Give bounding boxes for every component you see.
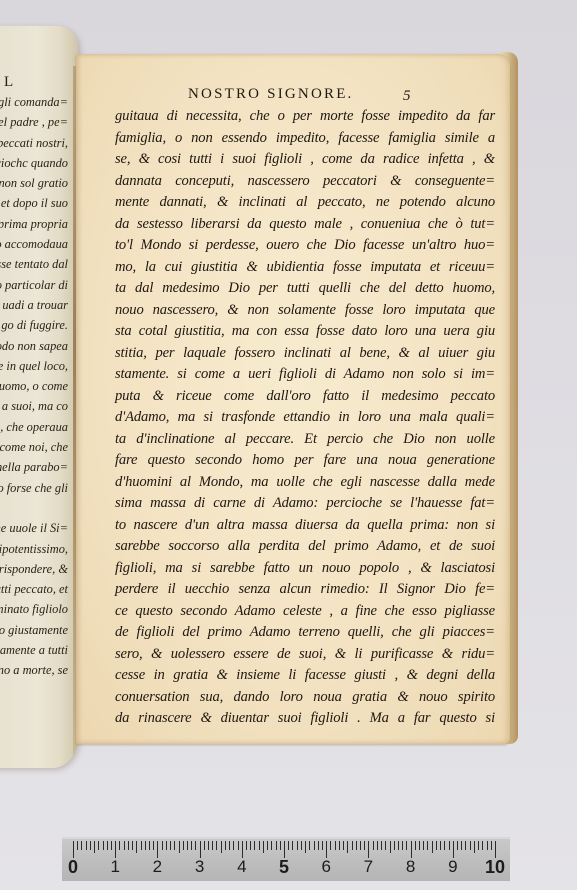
ruler-tick [98,841,99,850]
ruler-tick [141,841,142,850]
text-line: sima massa di carne di Adamo: percioche … [115,493,495,515]
ruler-tick [491,841,492,850]
ruler-tick [179,841,180,853]
ruler-tick [343,841,344,850]
ruler-tick [246,841,247,850]
left-text-line: prima propria [0,214,76,234]
text-line: conuersation sua, dando loro noua gratia… [115,687,495,709]
left-text-line: ano a morte, se [0,660,76,680]
ruler-label: 1 [110,857,119,877]
text-line: guitaua di necessita, che o per morte fo… [115,106,495,128]
ruler-tick [465,841,466,850]
text-line: dannata conceputi, nascessero peccatori … [115,171,495,193]
ruler-tick [432,841,433,853]
left-text-line: tutti peccato, et [0,579,76,599]
text-line: mo, la cui giustitia & ubidientia fosse … [115,257,495,279]
ruler-tick [254,841,255,850]
ruler-tick [474,841,475,853]
ruler-tick [119,841,120,850]
ruler-tick [411,841,412,858]
left-text-line: si nella parabo= [0,457,76,477]
ruler-tick [162,841,163,850]
ruler-tick [398,841,399,850]
running-head: NOSTRO SIGNORE. [188,86,354,103]
ruler-tick [415,841,416,850]
ruler-label: 10 [485,857,505,878]
ruler-tick [360,841,361,850]
text-line: d'huomini al Mondo, ma uolle che egli na… [115,472,495,494]
ruler-tick [487,841,488,850]
ruler-tick [238,841,239,850]
ruler-tick [267,841,268,850]
ruler-tick [276,841,277,850]
left-text-line: i rispondere, & [0,559,76,579]
ruler-tick [390,841,391,853]
text-line: mente dannati, & inclinati al peccato, n… [115,192,495,214]
ruler-label: 7 [364,857,373,877]
ruler-tick [280,841,281,850]
ruler-tick [233,841,234,850]
ruler-tick [166,841,167,850]
left-page: L re gli comanda=del padre , pe=peccati … [0,26,78,768]
text-line: fare questo secondo homo per fare una no… [115,450,495,472]
ruler-tick [284,841,285,858]
left-text-line: lo forse che gli [0,478,76,498]
ruler-tick [318,841,319,850]
left-text-line: del padre , pe= [0,112,76,132]
ruler-tick [271,841,272,850]
left-text-line: si et dopo il suo [0,193,76,213]
ruler-tick [457,841,458,850]
ruler-tick [90,841,91,850]
ruler-tick [229,841,230,850]
ruler-tick [221,841,222,853]
left-text-line: to giustamente [0,620,76,640]
text-line: to nascere d'un altra massa diuersa da q… [115,515,495,537]
left-text-line: e non sol gratio [0,173,76,193]
ruler-label: 3 [195,857,204,877]
ruler-tick [124,841,125,850]
ruler-tick [335,841,336,850]
left-text-line: minato figliolo [0,599,76,619]
ruler-tick [322,841,323,850]
ruler-tick [242,841,243,858]
left-text-line: re gli comanda= [0,92,76,112]
text-line: to'l Mondo si perdesse, ouero che Dio fa… [115,235,495,257]
ruler-tick [305,841,306,853]
ruler-tick [250,841,251,850]
ruler-tick [482,841,483,850]
ruler-tick [406,841,407,850]
ruler-tick [453,841,454,858]
ruler-tick [356,841,357,850]
ruler-tick [385,841,386,850]
ruler-tick [263,841,264,853]
ruler-tick [200,841,201,858]
ruler-label: 2 [153,857,162,877]
text-line: da rinascere & diuentar suoi figlioli . … [115,708,495,730]
ruler-tick [309,841,310,850]
ruler-tick [449,841,450,850]
ruler-tick [115,841,116,858]
ruler-tick [427,841,428,850]
ruler-tick [195,841,196,850]
left-text-line: re in quel loco, [0,356,76,376]
ruler-tick [128,841,129,850]
ruler-tick [423,841,424,850]
ruler-label: 8 [406,857,415,877]
left-text-line [0,498,76,518]
ruler-tick [132,841,133,850]
ruler-tick [191,841,192,850]
ruler-tick [339,841,340,850]
left-text-line: o particolar di [0,275,76,295]
ruler-tick [149,841,150,850]
right-page: NOSTRO SIGNORE. 5 guitaua di necessita, … [76,54,510,744]
ruler-tick [347,841,348,853]
ruler-tick [440,841,441,850]
ruler-tick [81,841,82,850]
ruler-tick [381,841,382,850]
ruler-tick [73,841,74,858]
text-line: stamente. si come a ueri figlioli di Ada… [115,364,495,386]
left-text-line: se come noi, che [0,437,76,457]
text-line: perdere il uecchio senza alcun rimedio: … [115,579,495,601]
left-text-line: tamente a tutti [0,640,76,660]
ruler-tick [170,841,171,850]
ruler-label: 9 [448,857,457,877]
left-text-line: one uuole il Si= [0,518,76,538]
ruler-tick [292,841,293,850]
scale-ruler: 012345678910 [62,837,510,881]
ruler-tick [402,841,403,850]
text-line: sarebbe soccorso alla perdita del primo … [115,536,495,558]
ruler-tick [461,841,462,850]
text-line: se, & cosi tutti i suoi figlioli , come … [115,149,495,171]
page-number: 5 [403,88,411,105]
right-page-text: guitaua di necessita, che o per morte fo… [115,106,495,730]
ruler-tick [183,841,184,850]
ruler-tick [145,841,146,850]
left-text-line: si uadi a trouar [0,295,76,315]
left-text-line: go di fuggire. [0,315,76,335]
ruler-tick [478,841,479,850]
left-text-line: peccati nostri, [0,133,76,153]
ruler-tick [111,841,112,850]
left-text-line: cciochc quando [0,153,76,173]
ruler-tick [419,841,420,850]
left-text-line: fosse tentato dal [0,254,76,274]
ruler-tick [225,841,226,850]
ruler-tick [368,841,369,858]
ruler-tick [107,841,108,850]
text-line: ta d'inclinatione al peccare. Et percio … [115,429,495,451]
ruler-tick [330,841,331,850]
text-line: da sestesso liberarsi da questo male , c… [115,214,495,236]
ruler-tick [259,841,260,850]
left-text-line: huomo, o come [0,376,76,396]
left-text-line: modo non sapea [0,336,76,356]
ruler-label: 0 [68,857,78,878]
text-line: ce questo secondo Adamo celeste , a fine… [115,601,495,623]
ruler-tick [94,841,95,853]
ruler-tick [77,841,78,850]
left-page-text: re gli comanda=del padre , pe=peccati no… [0,92,76,681]
text-line: famiglia, o non essendo impedito, facess… [115,128,495,150]
text-line: stitia, per laquale fossero inclinati al… [115,343,495,365]
ruler-tick [103,841,104,850]
ruler-tick [157,841,158,858]
ruler-tick [495,841,496,858]
text-line: cesse in gratia & insieme li facesse giu… [115,665,495,687]
ruler-tick [204,841,205,850]
ruler-label: 6 [321,857,330,877]
ruler-tick [187,841,188,850]
ruler-tick [208,841,209,850]
left-text-line: io a suoi, ma co [0,396,76,416]
left-text-line: nipotentissimo, [0,539,76,559]
text-line: puta & riceue come dall'oro fatto il med… [115,386,495,408]
text-line: nouo nascessero, & non solamente fosse l… [115,300,495,322]
ruler-tick [136,841,137,853]
text-line: de figlioli del primo Adamo terreno quel… [115,622,495,644]
ruler-tick [352,841,353,850]
text-line: figlioli, ma si sarebbe fatto un nouo po… [115,558,495,580]
ruler-tick [212,841,213,850]
left-text-line: o , che operaua [0,417,76,437]
ruler-tick [216,841,217,850]
ruler-tick [373,841,374,850]
ruler-label: 5 [279,857,289,878]
left-text-line: sso accomodaua [0,234,76,254]
text-line: sta cotal giustitia, ma con essa fosse d… [115,321,495,343]
text-line: d'Adamo, ma si trasfonde ettandio in lor… [115,407,495,429]
ruler-tick [288,841,289,850]
ruler-label: 4 [237,857,246,877]
ruler-tick [297,841,298,850]
ruler-tick [364,841,365,850]
book-scan-scene: L re gli comanda=del padre , pe=peccati … [0,0,577,890]
ruler-tick [174,841,175,850]
text-line: sero, & uolessero essere de suoi, & li p… [115,644,495,666]
left-page-header-fragment: L [4,74,14,91]
ruler-tick [86,841,87,850]
ruler-tick [314,841,315,850]
ruler-tick [326,841,327,858]
ruler-tick [470,841,471,850]
ruler-tick [153,841,154,850]
ruler-tick [394,841,395,850]
ruler-tick [444,841,445,850]
ruler-tick [301,841,302,850]
ruler-tick [436,841,437,850]
ruler-tick [377,841,378,850]
text-line: ta dal medesimo Dio per tutti quelli che… [115,278,495,300]
